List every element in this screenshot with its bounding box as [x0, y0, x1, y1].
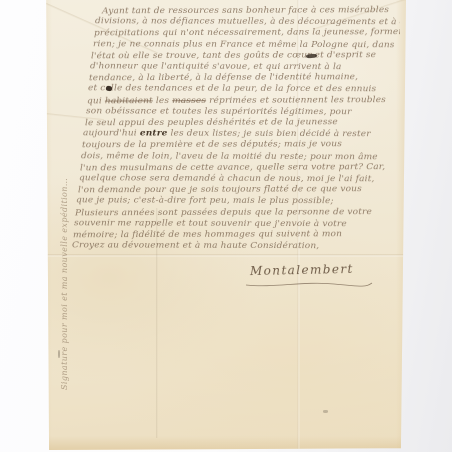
handwritten-line: l'un des musulmans de cette avance, quel…	[80, 162, 385, 173]
handwritten-line: dois, même de loin, l'aveu de la moitié …	[81, 151, 378, 161]
handwritten-line: aujourd'hui entre les deux listes; je su…	[83, 129, 371, 139]
ink-blot	[106, 86, 113, 92]
handwritten-line: d'honneur que l'antiquité s'avoue, et qu…	[90, 62, 342, 72]
letter-page: Ayant tant de ressources sans bonheur fa…	[44, 0, 406, 450]
ink-speck	[58, 350, 60, 358]
ink-speck	[323, 410, 328, 413]
handwritten-line: Ayant tant de ressources sans bonheur fa…	[102, 6, 389, 17]
handwritten-line: l'état où elle se trouve, tant des goûts…	[91, 50, 376, 61]
margin-note: Signature pour moi et ma nouvelle expédi…	[60, 138, 69, 390]
handwritten-line: quelque chose sera demandé à chacun de n…	[79, 174, 375, 184]
handwritten-line: mémoire; la fidélité de mes hommages qui…	[73, 230, 342, 241]
handwritten-line: toujours de la première et de ses député…	[82, 140, 342, 151]
handwritten-line: et celle des tendances et de la peur, de…	[88, 84, 376, 94]
handwritten-line: divisions, à nos défiances mutuelles, à …	[95, 17, 400, 28]
handwritten-line: Plusieurs années sont passées depuis que…	[75, 207, 372, 218]
handwritten-line: que je puis; c'est-à-dire fort peu, mais…	[76, 196, 334, 206]
handwritten-line: l'on demande pour que je sois toujours f…	[78, 185, 362, 196]
signature: Montalembert	[250, 263, 354, 278]
handwritten-line: qui habitaient les masses réprimées et s…	[87, 95, 386, 106]
handwritten-line: rien; je ne connais plus en France et mê…	[93, 39, 395, 49]
letter-body: Ayant tant de ressources sans bonheur fa…	[44, 0, 400, 298]
handwritten-line: le seul appui des peuples déshérités et …	[84, 118, 337, 129]
handwritten-line: son obéissance et toutes les supériorité…	[86, 107, 352, 117]
handwritten-line: tendance, à la liberté, à la défense de …	[89, 73, 358, 84]
handwritten-line: souvenir me rappelle et tout souvenir qu…	[74, 219, 347, 229]
handwritten-line: Croyez au dévouement et à ma haute Consi…	[72, 241, 319, 251]
handwritten-line: précipitations qui n'ont nécessairement,…	[94, 28, 400, 39]
scan-background: Ayant tant de ressources sans bonheur fa…	[0, 0, 452, 452]
signature-flourish	[244, 279, 374, 289]
